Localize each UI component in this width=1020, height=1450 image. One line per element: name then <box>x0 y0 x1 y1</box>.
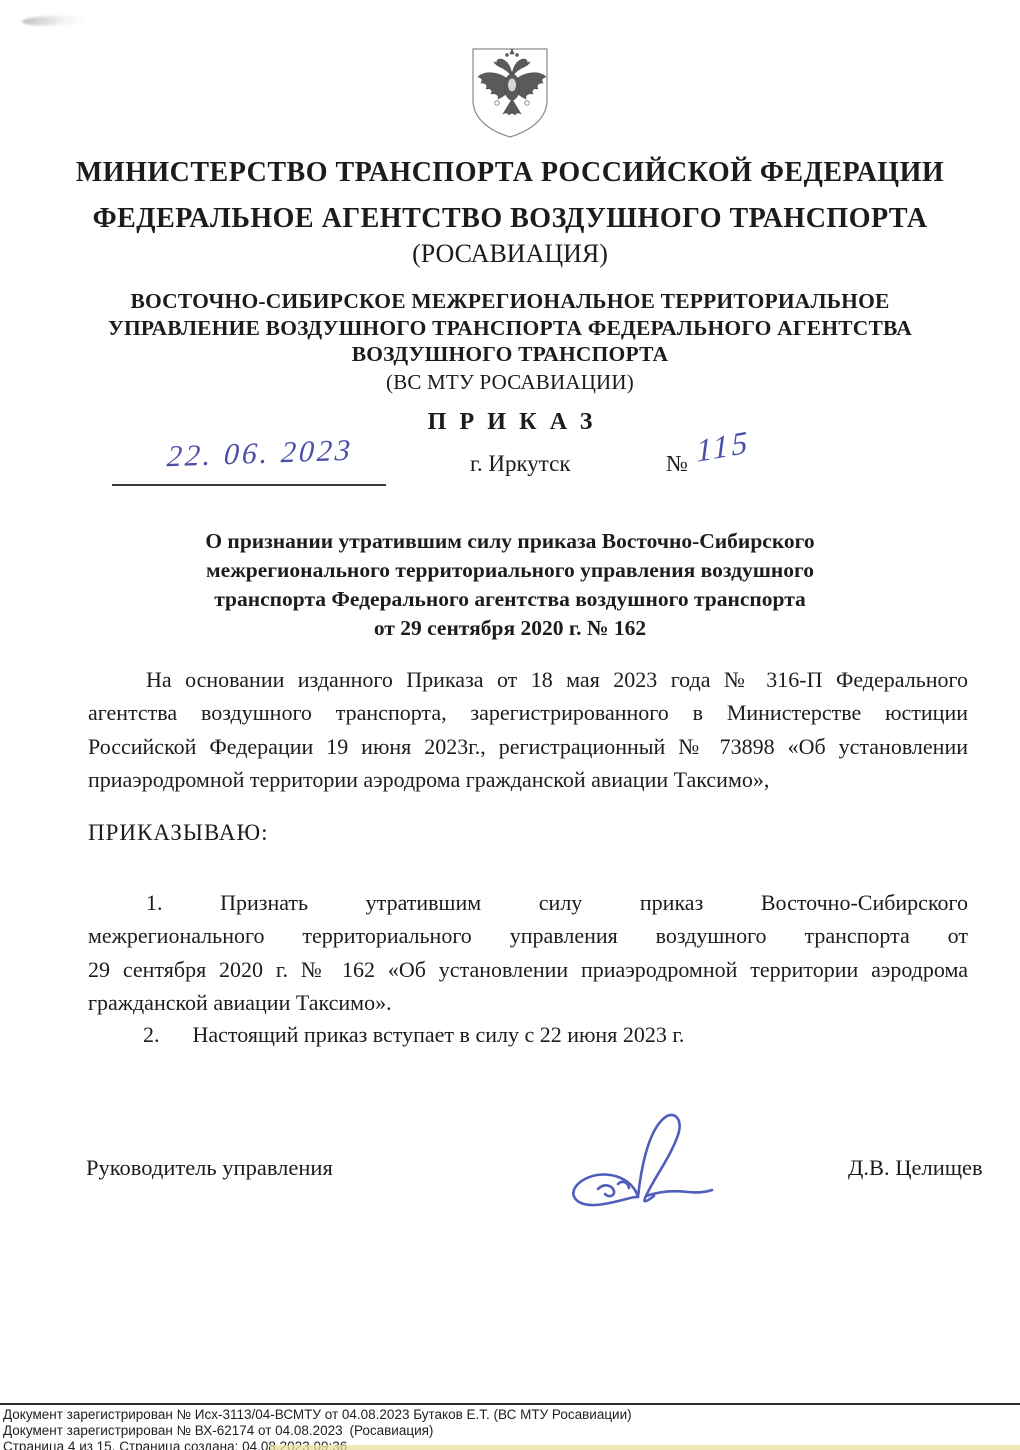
item1-line4: гражданской авиации Таксимо». <box>88 986 968 1019</box>
coat-of-arms-icon <box>466 46 554 142</box>
order-item-1: 1. Признать утратившим силу приказ Восто… <box>88 886 968 1020</box>
signature-autograph <box>542 1096 727 1221</box>
scan-edge-tint-artifact <box>270 1445 1020 1450</box>
division-name-line3: ВОЗДУШНОГО ТРАНСПОРТА <box>0 341 1020 368</box>
agency-title: ФЕДЕРАЛЬНОЕ АГЕНТСТВО ВОЗДУШНОГО ТРАНСПО… <box>0 203 1020 235</box>
scanned-order-page: МИНИСТЕРСТВО ТРАНСПОРТА РОССИЙСКОЙ ФЕДЕР… <box>0 0 1020 1450</box>
order-subject-line2: межрегионального территориального управл… <box>0 556 1020 585</box>
doc-type-heading: ПРИКАЗ <box>0 409 1020 436</box>
order-subject-line4: от 29 сентября 2020 г. № 162 <box>0 614 1020 643</box>
page-footer: Документ зарегистрирован № Исх-3113/04-В… <box>3 1407 1003 1450</box>
preamble-line2: агентства воздушного транспорта, зарегис… <box>88 696 968 729</box>
order-subject: О признании утратившим силу приказа Вост… <box>0 527 1020 643</box>
preamble-line3: Российской Федерации 19 июня 2023г., рег… <box>88 730 968 763</box>
order-item-2: 2. Настоящий приказ вступает в силу с 22… <box>88 1018 968 1051</box>
order-preamble: На основании изданного Приказа от 18 мая… <box>88 663 968 797</box>
division-name-line1: ВОСТОЧНО-СИБИРСКОЕ МЕЖРЕГИОНАЛЬНОЕ ТЕРРИ… <box>0 288 1020 315</box>
registration-line-1: Документ зарегистрирован № Исх-3113/04-В… <box>3 1407 1003 1423</box>
division-name-line2: УПРАВЛЕНИЕ ВОЗДУШНОГО ТРАНСПОРТА ФЕДЕРАЛ… <box>0 315 1020 342</box>
decree-keyword: ПРИКАЗЫВАЮ: <box>88 820 269 846</box>
order-subject-line1: О признании утратившим силу приказа Вост… <box>0 527 1020 556</box>
order-city: г. Иркутск <box>470 451 571 477</box>
order-date-handwritten: 22. 06. 2023 <box>134 433 386 476</box>
signatory-name: Д.В. Целищев <box>848 1155 983 1181</box>
preamble-line4: приаэродромной территории аэродрома граж… <box>88 763 968 796</box>
ministry-title: МИНИСТЕРСТВО ТРАНСПОРТА РОССИЙСКОЙ ФЕДЕР… <box>0 157 1020 189</box>
order-number-sign: № <box>666 451 688 477</box>
order-number-handwritten: 115 <box>696 423 751 470</box>
division-abbr: (ВС МТУ РОСАВИАЦИИ) <box>0 369 1020 396</box>
footer-divider <box>0 1403 1020 1405</box>
order-subject-line3: транспорта Федерального агентства воздуш… <box>0 585 1020 614</box>
item1-line1: 1. Признать утратившим силу приказ Восто… <box>88 886 968 919</box>
scan-smudge-artifact <box>22 15 92 26</box>
preamble-line1: На основании изданного Приказа от 18 мая… <box>88 663 968 696</box>
signatory-position: Руководитель управления <box>86 1155 333 1181</box>
item1-line3: 29 сентября 2020 г. № 162 «Об установлен… <box>88 953 968 986</box>
registration-line-2: Документ зарегистрирован № ВХ-62174 от 0… <box>3 1423 1003 1439</box>
division-name: ВОСТОЧНО-СИБИРСКОЕ МЕЖРЕГИОНАЛЬНОЕ ТЕРРИ… <box>0 288 1020 395</box>
item1-line2: межрегионального территориального управл… <box>88 919 968 952</box>
date-underline <box>112 484 386 486</box>
agency-abbr: (РОСАВИАЦИЯ) <box>0 239 1020 269</box>
